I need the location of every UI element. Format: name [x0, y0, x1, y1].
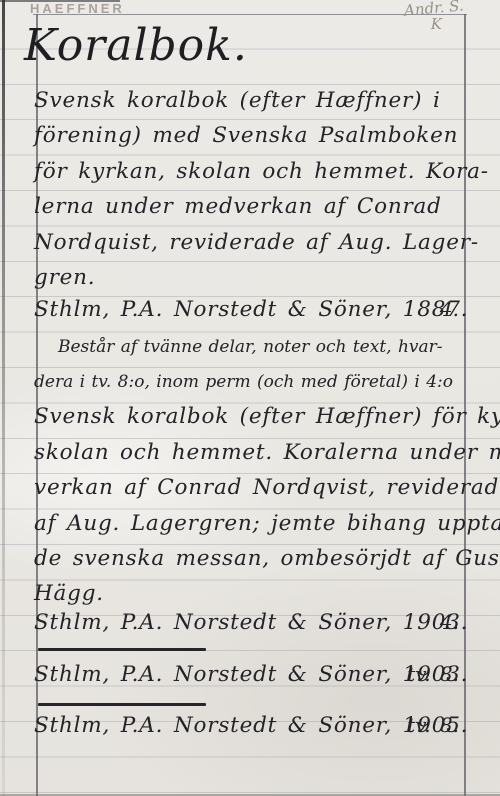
text-line: verkan af Conrad Nordqvist, reviderade — [34, 475, 462, 509]
line-text: gren. — [34, 265, 95, 290]
line-text: Sthlm, P.A. Norstedt & Söner, 1905. — [34, 713, 468, 738]
heading-stamp: HAEFFNER — [30, 1, 125, 16]
line-text: Hägg. — [34, 581, 104, 606]
entry-separator — [38, 703, 206, 706]
text-line: lerna under medverkan af Conrad — [34, 194, 462, 228]
format-mark: 4. — [440, 610, 459, 634]
text-line: Svensk koralbok (efter Hæffner) i — [34, 88, 462, 122]
line-text: lerna under medverkan af Conrad — [34, 194, 442, 219]
line-text: dera i tv. 8:o, inom perm (och med föret… — [34, 372, 453, 392]
line-text: Består af tvänne delar, noter och text, … — [58, 337, 443, 357]
text-line: förening) med Svenska Psalmboken — [34, 123, 462, 157]
card-title: Koralbok. — [24, 20, 248, 71]
line-text: Svensk koralbok (efter Hæffner) i — [34, 88, 441, 113]
format-mark: 4. — [440, 297, 459, 321]
line-text: för kyrkan, skolan och hemmet. Kora- — [34, 159, 489, 184]
line-text: Nordquist, reviderade af Aug. Lager- — [34, 230, 479, 255]
note-line: dera i tv. 8:o, inom perm (och med föret… — [34, 372, 462, 406]
format-mark: tv. 8. — [407, 713, 459, 737]
line-text: de svenska messan, ombesörjdt af Gustaf — [34, 546, 500, 571]
line-text: af Aug. Lagergren; jemte bihang upptagan… — [34, 511, 500, 536]
text-line: för kyrkan, skolan och hemmet. Kora- — [34, 159, 462, 193]
line-text: förening) med Svenska Psalmboken — [34, 123, 458, 148]
catalog-card-scan: HAEFFNER Andr. S. K Koralbok. Svensk kor… — [0, 0, 500, 796]
line-text: Sthlm, P.A. Norstedt & Söner, 1903. — [34, 662, 468, 687]
text-line: gren. — [34, 265, 462, 299]
text-line: de svenska messan, ombesörjdt af Gustaf — [34, 546, 462, 580]
imprint-line: Sthlm, P.A. Norstedt & Söner, 1905. tv. … — [34, 713, 462, 747]
format-mark: tv. 8. — [407, 662, 459, 686]
scan-edge-left — [2, 0, 5, 796]
note-line: Består af tvänne delar, noter och text, … — [34, 337, 486, 371]
line-text: skolan och hemmet. Koralerna under med- — [34, 440, 500, 465]
line-text: Sthlm, P.A. Norstedt & Söner, 1887. — [34, 297, 468, 322]
line-text: verkan af Conrad Nordqvist, reviderade — [34, 475, 500, 500]
text-line: skolan och hemmet. Koralerna under med- — [34, 440, 462, 474]
pencil-letter: K — [431, 15, 442, 33]
text-line: Nordquist, reviderade af Aug. Lager- — [34, 230, 462, 264]
imprint-line: Sthlm, P.A. Norstedt & Söner, 1903. 4. — [34, 610, 462, 644]
imprint-line: Sthlm, P.A. Norstedt & Söner, 1903. tv. … — [34, 662, 462, 696]
line-text: Sthlm, P.A. Norstedt & Söner, 1903. — [34, 610, 468, 635]
entry-separator — [38, 648, 206, 651]
imprint-line: Sthlm, P.A. Norstedt & Söner, 1887. 4. — [34, 297, 462, 331]
text-line: af Aug. Lagergren; jemte bihang upptagan… — [34, 511, 462, 545]
text-line: Svensk koralbok (efter Hæffner) för kyrk… — [34, 404, 462, 438]
line-text: Svensk koralbok (efter Hæffner) för kyrk… — [34, 404, 500, 429]
